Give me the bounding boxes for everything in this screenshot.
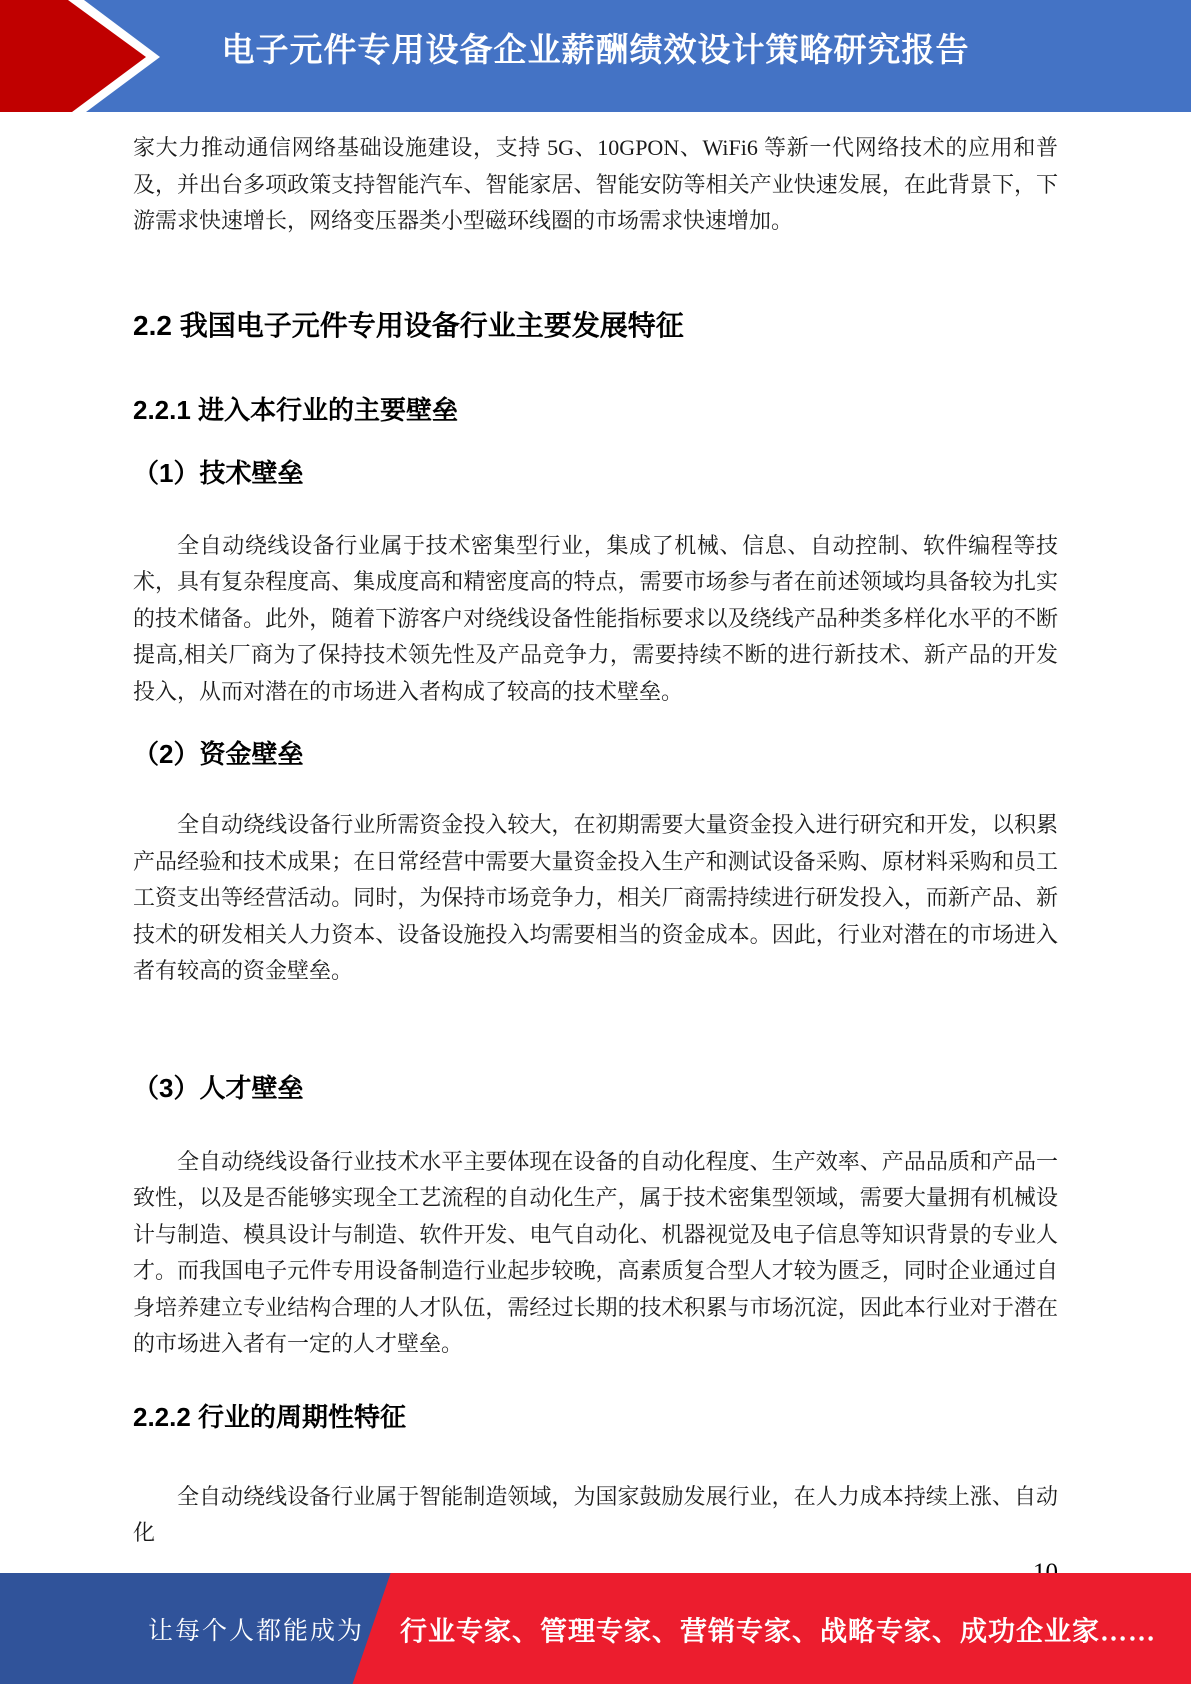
subsection-heading-tech-barrier: （1）技术壁垒 — [133, 455, 1058, 491]
subsection-heading-talent-barrier: （3）人才壁垒 — [133, 1070, 1058, 1106]
section-heading-2-2-2: 2.2.2 行业的周期性特征 — [133, 1399, 1058, 1435]
paragraph-cyclicality: 全自动绕线设备行业属于智能制造领域，为国家鼓励发展行业，在人力成本持续上涨、自动… — [133, 1479, 1058, 1552]
section-heading-2-2: 2.2 我国电子元件专用设备行业主要发展特征 — [133, 307, 1058, 345]
report-page: 电子元件专用设备企业薪酬绩效设计策略研究报告 家大力推动通信网络基础设施建设，支… — [0, 0, 1191, 1684]
footer-slogan-right: 行业专家、管理专家、营销专家、战略专家、成功企业家…… — [400, 1609, 1156, 1648]
paragraph-talent-barrier: 全自动绕线设备行业技术水平主要体现在设备的自动化程度、生产效率、产品品质和产品一… — [133, 1144, 1058, 1363]
footer-band: 让每个人都能成为 行业专家、管理专家、营销专家、战略专家、成功企业家…… — [0, 1573, 1191, 1684]
subsection-heading-capital-barrier: （2）资金壁垒 — [133, 736, 1058, 772]
report-title: 电子元件专用设备企业薪酬绩效设计策略研究报告 — [0, 0, 1191, 103]
section-heading-2-2-1: 2.2.1 进入本行业的主要壁垒 — [133, 392, 1058, 428]
header-banner: 电子元件专用设备企业薪酬绩效设计策略研究报告 — [0, 0, 1191, 112]
paragraph-tech-barrier: 全自动绕线设备行业属于技术密集型行业，集成了机械、信息、自动控制、软件编程等技术… — [133, 528, 1058, 711]
intro-paragraph: 家大力推动通信网络基础设施建设，支持 5G、10GPON、WiFi6 等新一代网… — [133, 130, 1058, 240]
document-body: 家大力推动通信网络基础设施建设，支持 5G、10GPON、WiFi6 等新一代网… — [0, 130, 1191, 1588]
footer-slogan-left: 让每个人都能成为 — [148, 1611, 364, 1647]
paragraph-capital-barrier: 全自动绕线设备行业所需资金投入较大，在初期需要大量资金投入进行研究和开发，以积累… — [133, 807, 1058, 990]
